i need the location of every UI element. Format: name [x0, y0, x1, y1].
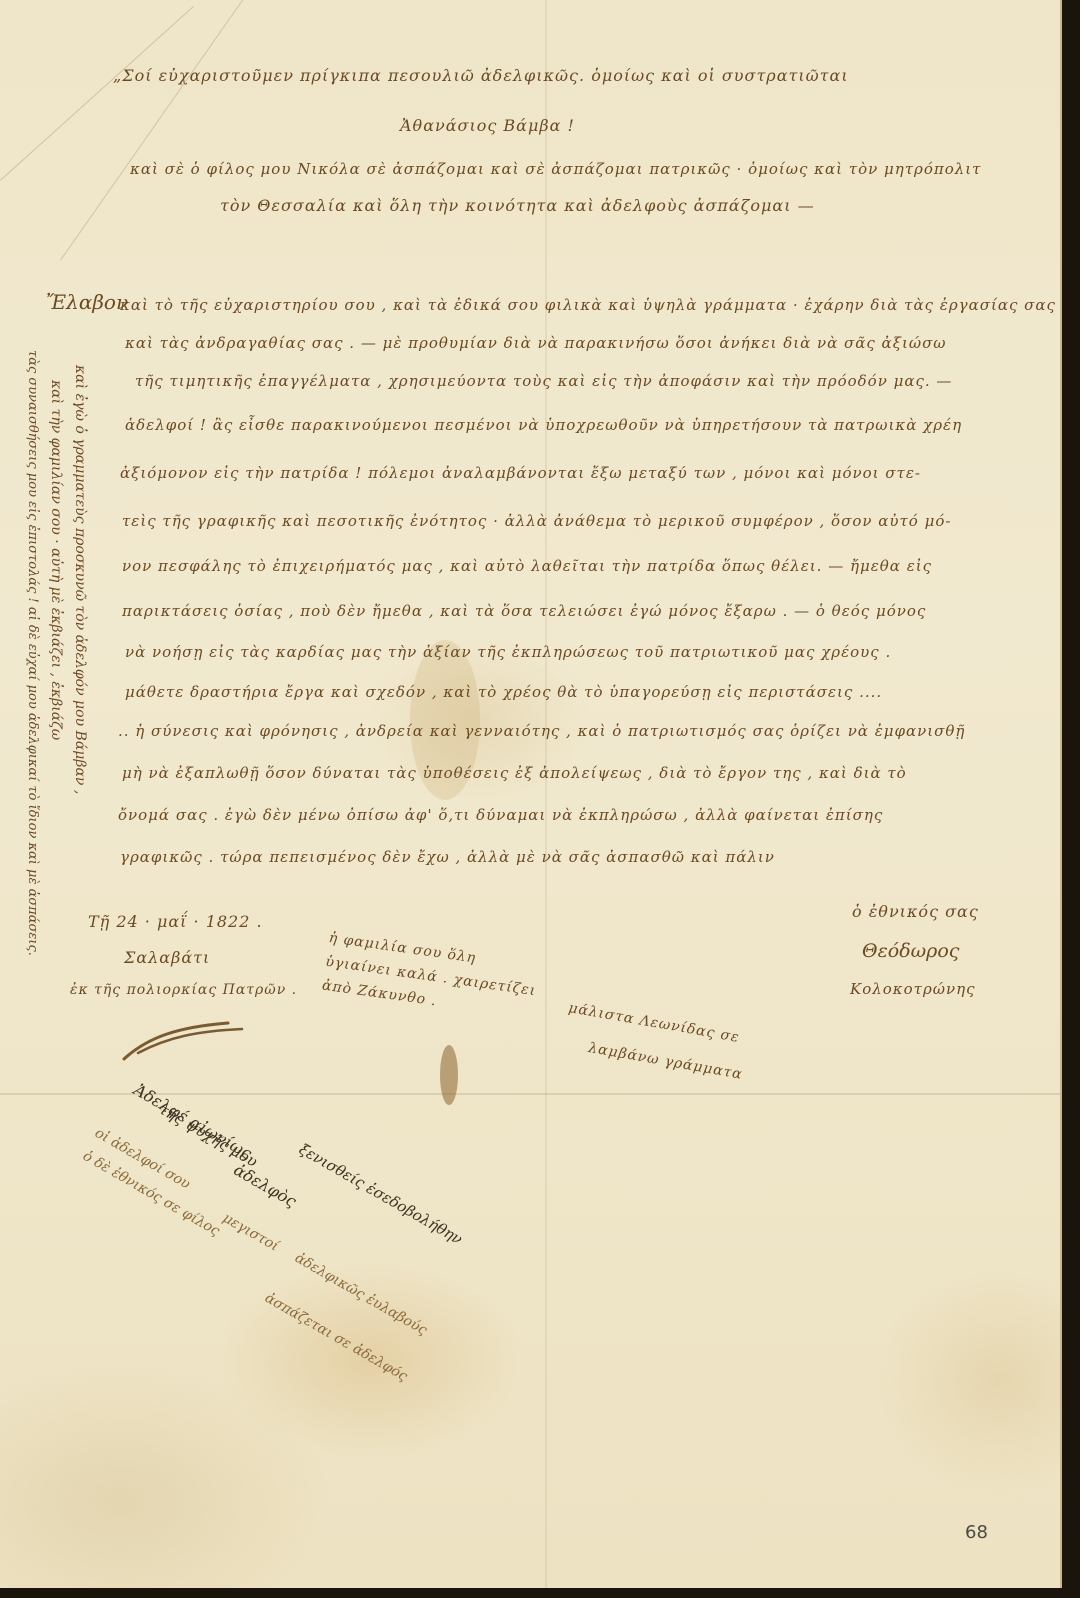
body-line: νὰ νοήσῃ εἰς τὰς καρδίας μας τὴν ἀξίαν τ… — [125, 643, 891, 661]
body-line: .. ἡ σύνεσις καὶ φρόνησις , ἀνδρεία καὶ … — [118, 722, 965, 740]
postscript-dark-line: τῆς ψυχῆς μου — [156, 1100, 261, 1171]
postscript-brown-line: μεγιστοί — [220, 1210, 281, 1255]
postscript-dark-line: ξενισθείς ἐσεδοβολήθην — [296, 1140, 466, 1248]
body-line: ἀδελφοί ! ἂς εἶσθε παρακινούμενοι πεσμέν… — [125, 416, 962, 434]
body-line: καὶ τὸ τῆς εὐχαριστηρίου σου , καὶ τὰ ἐδ… — [120, 296, 1056, 314]
margin-note-line: καὶ τὴν φαμιλίαν σου · αὐτὴ μὲ ἐκβιάζει … — [48, 380, 64, 740]
body-line: μὴ νὰ ἐξαπλωθῇ ὅσον δύναται τὰς ὑποθέσει… — [122, 764, 907, 782]
letter-place: Σαλαβάτι — [124, 948, 210, 967]
body-line: καὶ τὰς ἀνδραγαθίας σας . — μὲ προθυμίαν… — [125, 334, 947, 352]
header-line-4: τὸν Θεσσαλία καὶ ὅλη τὴν κοινότητα καὶ ἀ… — [220, 196, 815, 215]
paper-crease — [60, 0, 244, 261]
margin-note-line: τὰς συναισθήσεις μου εἰς ἐπιστολάς ! αἱ … — [25, 350, 40, 956]
body-line: τεὶς τῆς γραφικῆς καὶ πεσοτικῆς ἐνότητος… — [122, 512, 951, 530]
header-line-3: καὶ σὲ ὁ φίλος μου Νικόλα σὲ ἀσπάζομαι κ… — [130, 160, 981, 178]
paper-crease — [0, 6, 194, 181]
body-line: παρικτάσεις ὁσίας , ποὺ δὲν ἤμεθα , καὶ … — [122, 602, 926, 620]
family-note-continued: μάλιστα Λεωνίδας σε — [567, 1000, 741, 1046]
body-opening-word: Ἔλαβον — [46, 290, 128, 314]
signature-name: Θεόδωρος — [862, 940, 959, 962]
header-line-2: Ἀθανάσιος Βάμβα ! — [400, 116, 575, 135]
paper-fold-vertical — [545, 0, 547, 1588]
letter-place-note: ἐκ τῆς πολιορκίας Πατρῶν . — [70, 982, 297, 998]
body-line: γραφικῶς . τώρα πεπεισμένος δὲν ἔχω , ἀλ… — [120, 848, 775, 866]
signature-prefix: ὁ ἐθνικός σας — [852, 902, 979, 921]
manuscript-page: „Σοί εὐχαριστοῦμεν πρίγκιπα πεσουλιῶ ἀδε… — [0, 0, 1062, 1588]
body-line: τῆς τιμητικῆς ἐπαγγέλματα , χρησιμεύοντα… — [135, 372, 952, 390]
header-line-1: „Σοί εὐχαριστοῦμεν πρίγκιπα πεσουλιῶ ἀδε… — [113, 66, 849, 85]
family-note-continued: λαμβάνω γράμματα — [587, 1040, 744, 1083]
body-line: νον πεσφάλης τὸ ἐπιχειρήματός μας , καὶ … — [122, 557, 932, 575]
letter-date: Τῇ 24 · μαΐ · 1822 . — [88, 912, 263, 931]
margin-note-line: καὶ ἐγὼ ὁ γραμματεὺς προσκυνῶ τὸν ἀδελφό… — [72, 365, 88, 794]
family-note: ἡ φαμιλία σου ὅλη ὑγιαίνει καλά . χαιρετ… — [323, 930, 540, 1007]
pen-flourish-icon — [118, 1015, 248, 1065]
body-line: ὄνομά σας . ἐγὼ δὲν μένω ὀπίσω ἀφ' ὅ,τι … — [118, 806, 883, 824]
ink-stain — [440, 1045, 458, 1105]
body-line: μάθετε δραστήρια ἔργα καὶ σχεδόν , καὶ τ… — [125, 683, 882, 701]
postscript-dark-line: ἀδελφὸς — [231, 1160, 300, 1211]
signature-surname: Κολοκοτρώνης — [850, 980, 976, 998]
body-line: ἀξιόμονον εἰς τὴν πατρίδα ! πόλεμοι ἀναλ… — [120, 464, 921, 482]
page-number: 68 — [965, 1522, 988, 1543]
